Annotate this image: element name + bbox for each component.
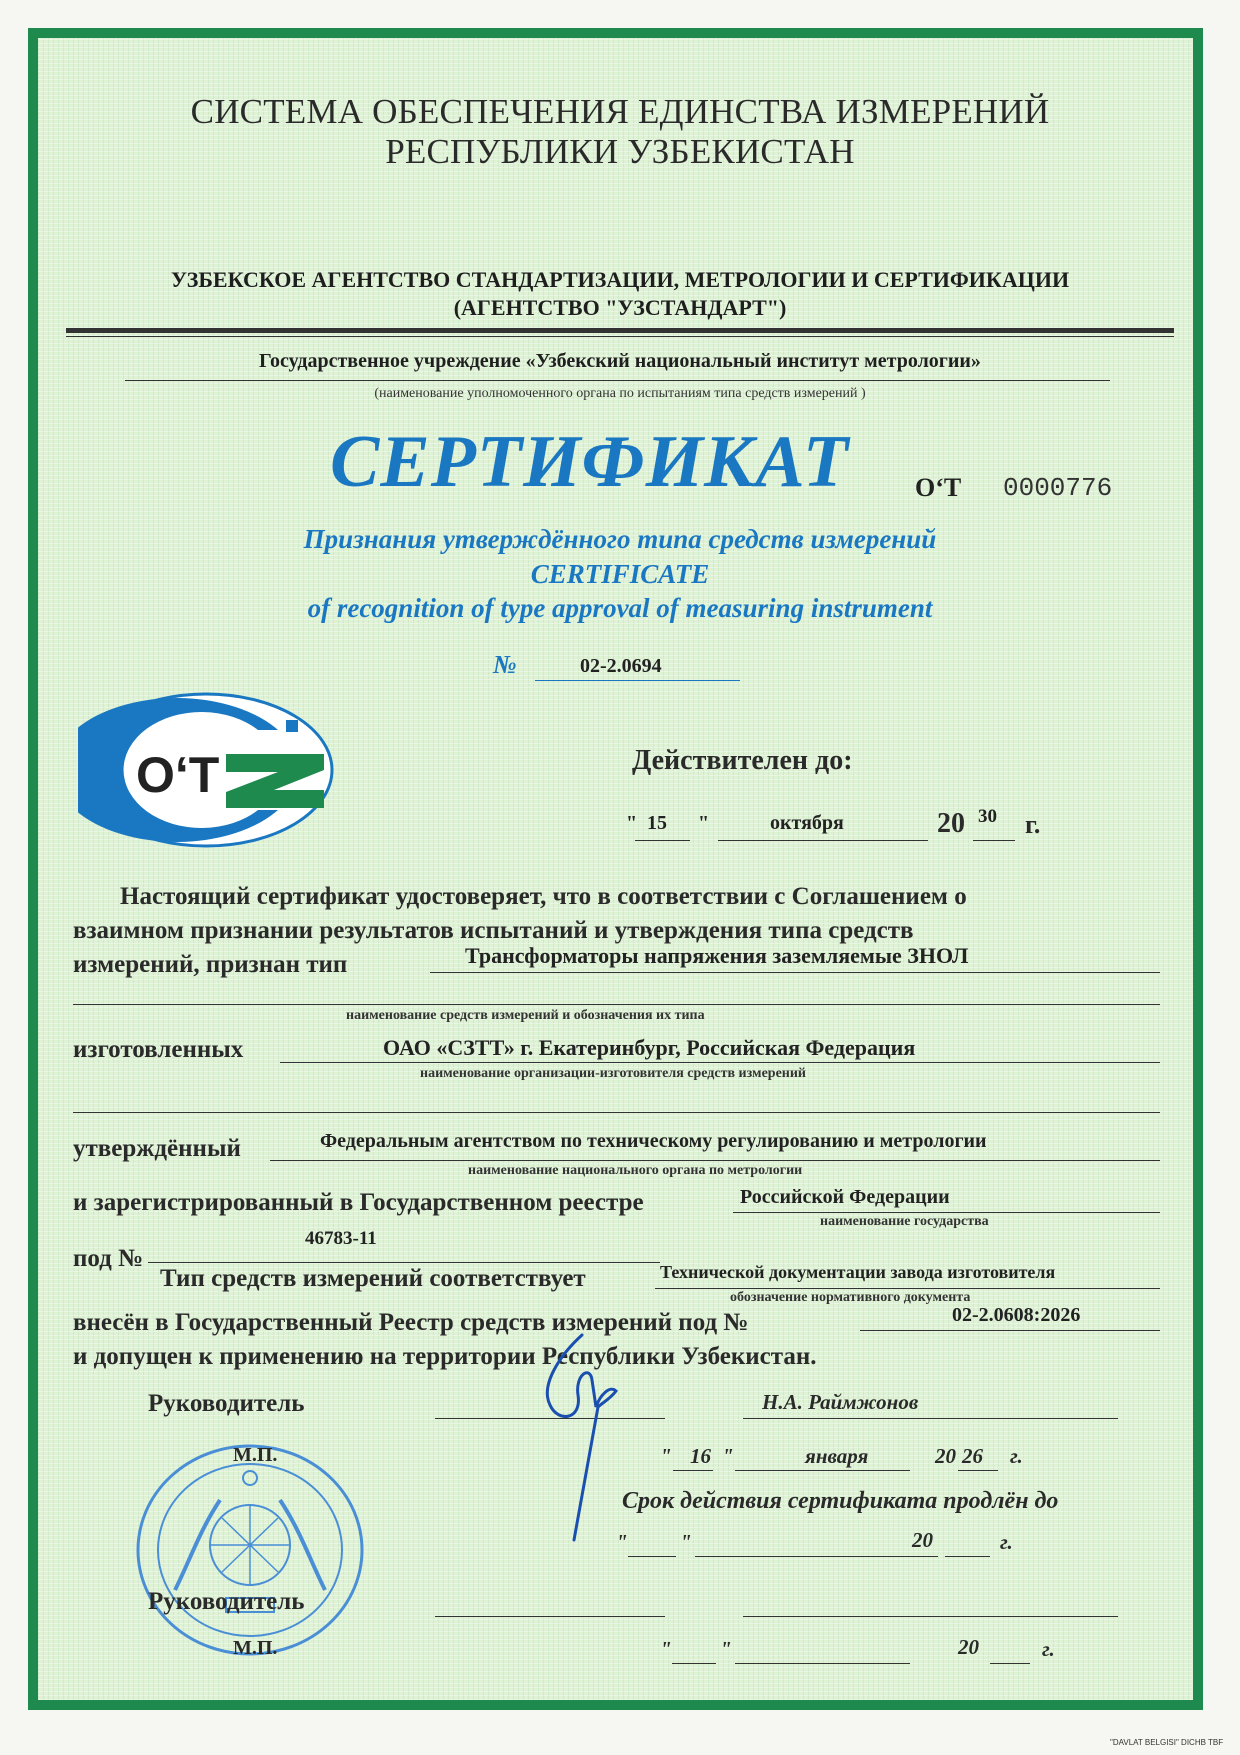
institution-caption: (наименование уполномоченного органа по … [0, 386, 1240, 402]
ext-day-underline [628, 1556, 676, 1557]
ext-quote-close: " [680, 1530, 692, 1555]
valid-year-suffix: 30 [978, 806, 997, 828]
manufacturer-underline-2 [73, 1112, 1160, 1113]
valid-month-underline [718, 840, 928, 841]
head-name: Н.А. Раймжонов [762, 1390, 918, 1415]
sign-date-year-underline [958, 1470, 998, 1471]
header-rule-thick [66, 328, 1174, 333]
ext2-year-underline [990, 1663, 1030, 1664]
sign-date-year-suffix: 26 [962, 1444, 983, 1469]
valid-year-unit: г. [1025, 810, 1040, 840]
svg-text:O‘T: O‘T [136, 747, 219, 803]
manufacturer-underline [280, 1062, 1160, 1063]
head-label-2: Руководитель [148, 1588, 305, 1616]
stamp-label: М.П. [233, 1444, 277, 1467]
approved-by: Федеральным агентством по техническому р… [320, 1130, 987, 1153]
uz-registry-number: 02-2.0608:2026 [952, 1304, 1080, 1327]
approved-label: утверждённый [73, 1132, 241, 1166]
number-sign: № [493, 650, 517, 680]
header-line-2: РЕСПУБЛИКИ УЗБЕКИСТАН [0, 132, 1240, 172]
under-no-label: под № [73, 1242, 143, 1276]
valid-until-label: Действителен до: [632, 745, 853, 777]
subtitle-en-1: CERTIFICATE [0, 558, 1240, 591]
certificate-number-underline [535, 680, 740, 681]
valid-day: 15 [647, 812, 667, 835]
certificate-number: 02-2.0694 [580, 655, 662, 678]
valid-year-prefix: 20 [937, 808, 965, 840]
sign-date-month-underline [735, 1470, 910, 1471]
institution-name: Государственное учреждение «Узбекский на… [0, 350, 1240, 373]
agency-line-2: (АГЕНТСТВО "УЗСТАНДАРТ") [0, 294, 1240, 322]
serial-prefix: O‘T [915, 473, 961, 503]
ext-year-underline [945, 1556, 990, 1557]
ext2-year-prefix: 20 [958, 1635, 979, 1660]
body-line-3-label: измерений, признан тип [73, 948, 347, 982]
valid-day-underline [635, 840, 690, 841]
ext2-quote-open: " [660, 1637, 672, 1662]
manufacturer-caption: наименование организации-изготовителя ср… [420, 1066, 806, 1082]
approved-by-underline [270, 1160, 1160, 1161]
manufactured-label: изготовленных [73, 1033, 243, 1067]
body-line-1: Настоящий сертификат удостоверяет, что в… [120, 880, 967, 914]
ext-unit: г. [1000, 1530, 1013, 1555]
instrument-type-underline [430, 972, 1160, 973]
subtitle-ru: Признания утверждённого типа средств изм… [0, 523, 1240, 556]
valid-month: октября [770, 812, 844, 835]
signature-underline-2 [435, 1616, 665, 1617]
head-name-underline-2 [743, 1616, 1118, 1617]
admitted-text: и допущен к применению на территории Рес… [73, 1340, 817, 1374]
ext2-unit: г. [1042, 1637, 1055, 1662]
agency-line-1: УЗБЕКСКОЕ АГЕНТСТВО СТАНДАРТИЗАЦИИ, МЕТР… [0, 266, 1240, 294]
uz-registry-underline [860, 1330, 1160, 1331]
registered-state-underline [733, 1212, 1160, 1213]
ext2-quote-close: " [720, 1637, 732, 1662]
institution-underline [125, 380, 1110, 381]
ext2-day-underline [672, 1663, 716, 1664]
header-line-1: СИСТЕМА ОБЕСПЕЧЕНИЯ ЕДИНСТВА ИЗМЕРЕНИЙ [0, 92, 1240, 132]
valid-quote-close: " [698, 812, 709, 835]
header-rule-thin [66, 336, 1174, 337]
sign-date-day-underline [673, 1470, 713, 1471]
normative-document: Технической документации завода изготови… [660, 1262, 1055, 1283]
date-quote-close: " [722, 1444, 734, 1469]
stamp-label-2: М.П. [233, 1637, 277, 1660]
entered-label: внесён в Государственный Реестр средств … [73, 1306, 749, 1340]
state-caption: наименование государства [820, 1214, 989, 1230]
head-name-underline [743, 1418, 1118, 1419]
subtitle-en-2: of recognition of type approval of measu… [0, 592, 1240, 625]
instrument-type: Трансформаторы напряжения заземляемые ЗН… [465, 943, 968, 969]
sign-date-day: 16 [690, 1444, 711, 1469]
sign-date-year-prefix: 20 [935, 1444, 956, 1469]
registry-number: 46783-11 [305, 1228, 377, 1250]
official-seal-icon [130, 1440, 370, 1660]
serial-number: 0000776 [1003, 473, 1112, 503]
valid-quote-open: " [626, 812, 637, 835]
ext-month-underline [695, 1556, 938, 1557]
extended-label: Срок действия сертификата продлён до [622, 1488, 1058, 1515]
instrument-caption: наименование средств измерений и обознач… [346, 1008, 705, 1024]
date-quote-open: " [660, 1444, 672, 1469]
printer-imprint: "DAVLAT BELGISI" DICHB TBF [1110, 1738, 1223, 1747]
sign-date-unit: г. [1010, 1444, 1023, 1469]
instrument-type-underline-2 [73, 1004, 1160, 1005]
valid-year-underline [973, 840, 1015, 841]
registered-label: и зарегистрированный в Государственном р… [73, 1186, 644, 1220]
certificate-title: СЕРТИФИКАТ [330, 420, 849, 505]
registered-state: Российской Федерации [740, 1186, 950, 1209]
type-conforms-label: Тип средств измерений соответствует [160, 1262, 586, 1296]
head-label: Руководитель [148, 1390, 305, 1418]
normative-document-underline [655, 1288, 1160, 1289]
sign-date-month: января [805, 1444, 868, 1469]
ext-quote-open: " [616, 1530, 628, 1555]
ext2-month-underline [735, 1663, 910, 1664]
manufacturer: ОАО «СЗТТ» г. Екатеринбург, Российская Ф… [383, 1035, 915, 1061]
approved-caption: наименование национального органа по мет… [468, 1163, 802, 1179]
normative-caption: обозначение нормативного документа [730, 1290, 970, 1306]
otz-logo-icon: O‘T [78, 690, 338, 850]
ext-year-prefix: 20 [912, 1528, 933, 1553]
